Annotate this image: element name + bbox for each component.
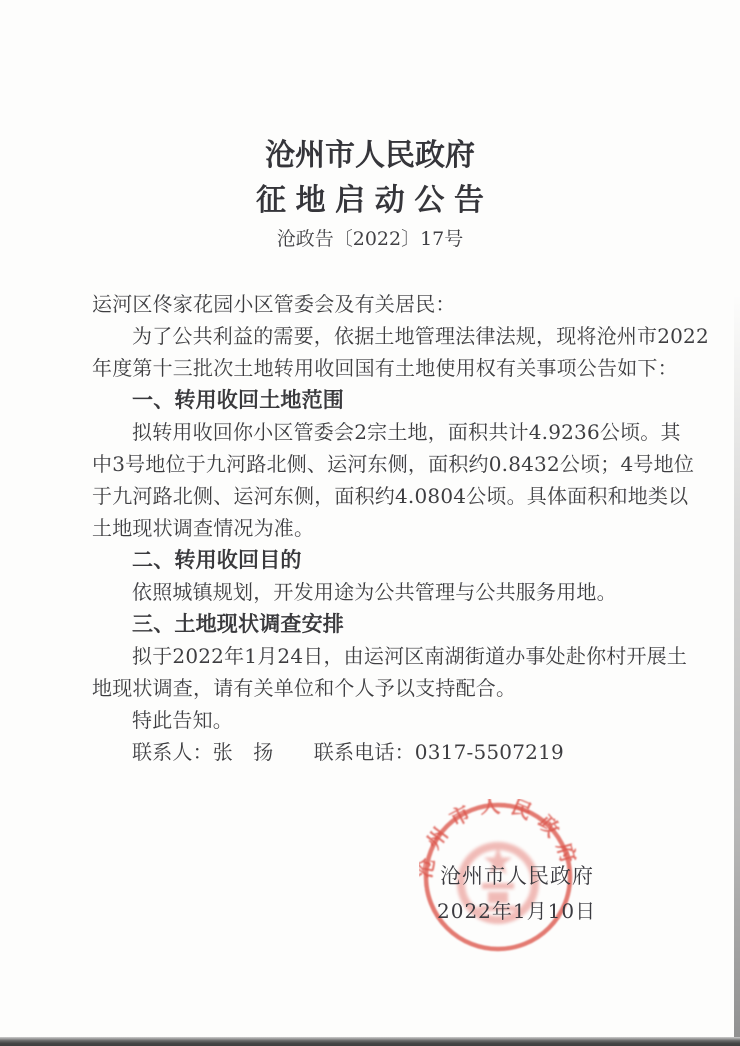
body-line: 土地现状调查情况为准。	[92, 512, 660, 544]
section-heading: 一、转用收回土地范围	[92, 384, 660, 416]
body-line: 拟转用收回你小区管委会2宗土地，面积共计4.9236公顷。其	[92, 416, 660, 448]
body-lines: 运河区佟家花园小区管委会及有关居民：为了公共利益的需要，依据土地管理法律法规，现…	[92, 288, 660, 768]
notice-title: 征地启动公告	[0, 184, 740, 218]
signature-date: 2022年1月10日	[437, 898, 637, 925]
signature-issuer: 沧州市人民政府	[440, 863, 640, 890]
body-line: 于九河路北侧、运河东侧，面积约4.0804公顷。具体面积和地类以	[92, 480, 660, 512]
scanned-notice-page: 沧州市人民政府 征地启动公告 沧政告〔2022〕17号 运河区佟家花园小区管委会…	[0, 0, 740, 1046]
body-line: 为了公共利益的需要，依据土地管理法律法规，现将沧州市2022	[92, 320, 660, 352]
body-line: 年度第十三批次土地转用收回国有土地使用权有关事项公告如下：	[92, 352, 660, 384]
body-line: 运河区佟家花园小区管委会及有关居民：	[92, 288, 660, 320]
body-line: 依照城镇规划，开发用途为公共管理与公共服务用地。	[92, 576, 660, 608]
body-line: 中3号地位于九河路北侧、运河东侧，面积约0.8432公顷；4号地位	[92, 448, 660, 480]
scan-edge-right	[734, 295, 740, 1046]
issuer-title: 沧州市人民政府	[0, 139, 740, 173]
section-heading: 三、土地现状调查安排	[92, 608, 660, 640]
scan-edge-bottom	[0, 1037, 740, 1046]
body-line: 特此告知。	[92, 704, 660, 736]
section-heading: 二、转用收回目的	[92, 544, 660, 576]
body-line: 联系人：张 扬 联系电话：0317-5507219	[92, 736, 660, 768]
document-number: 沧政告〔2022〕17号	[0, 226, 740, 252]
body-line: 地现状调查，请有关单位和个人予以支持配合。	[92, 672, 660, 704]
body-line: 拟于2022年1月24日，由运河区南湖街道办事处赴你村开展土	[92, 640, 660, 672]
